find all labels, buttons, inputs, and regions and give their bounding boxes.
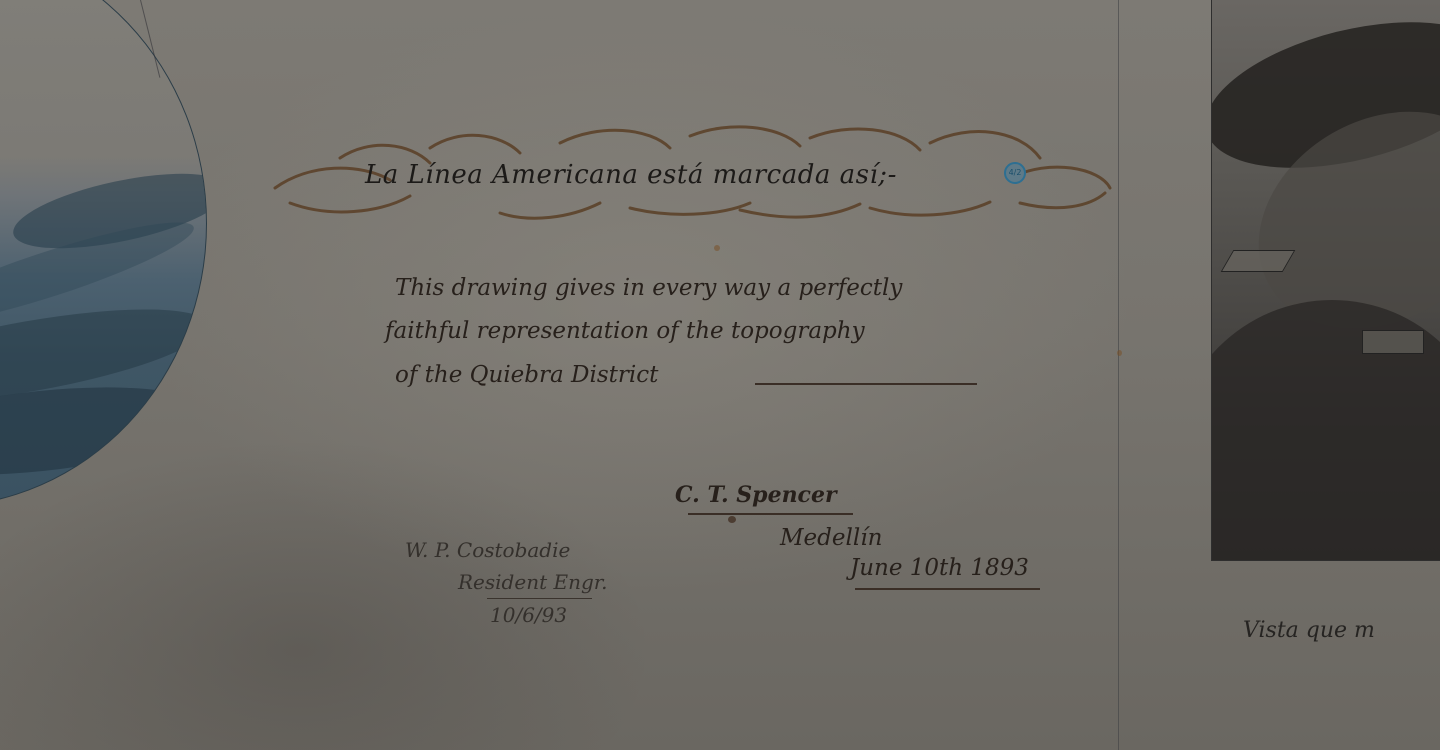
document-title: La Línea Americana está marcada así;- (365, 160, 1005, 190)
ink-blot (728, 516, 736, 523)
certification-line-3: of the Quiebra District (395, 362, 658, 388)
foxing-stain (714, 245, 720, 251)
circular-landscape-vignette (0, 0, 207, 507)
foxing-stain (1117, 350, 1122, 356)
certification-line-1: This drawing gives in every way a perfec… (395, 275, 902, 301)
drawing-caption: Vista que m (1243, 618, 1375, 643)
signature-spencer: C. T. Spencer (675, 482, 837, 508)
mountain-village-drawing (1211, 0, 1440, 561)
document-sheet: La Línea Americana está marcada así;- 4/… (0, 0, 1440, 750)
date-underline (855, 588, 1040, 590)
paper-fold-line (1118, 0, 1119, 750)
signature-date: June 10th 1893 (850, 555, 1029, 581)
signature-costobadie: W. P. Costobadie (405, 538, 570, 562)
title-underline (487, 598, 592, 599)
house-roof (1221, 250, 1296, 272)
signature-title: Resident Engr. (458, 570, 607, 594)
signature-underline (688, 513, 853, 515)
blue-seal-stamp: 4/2 (1004, 162, 1026, 184)
house-building (1362, 330, 1424, 354)
certification-line-2: faithful representation of the topograph… (385, 318, 865, 344)
signature-secondary-date: 10/6/93 (490, 603, 567, 627)
signature-place: Medellín (780, 525, 882, 551)
title-banner: La Línea Americana está marcada así;- 4/… (270, 118, 1115, 223)
signature-line-rule (755, 383, 977, 385)
